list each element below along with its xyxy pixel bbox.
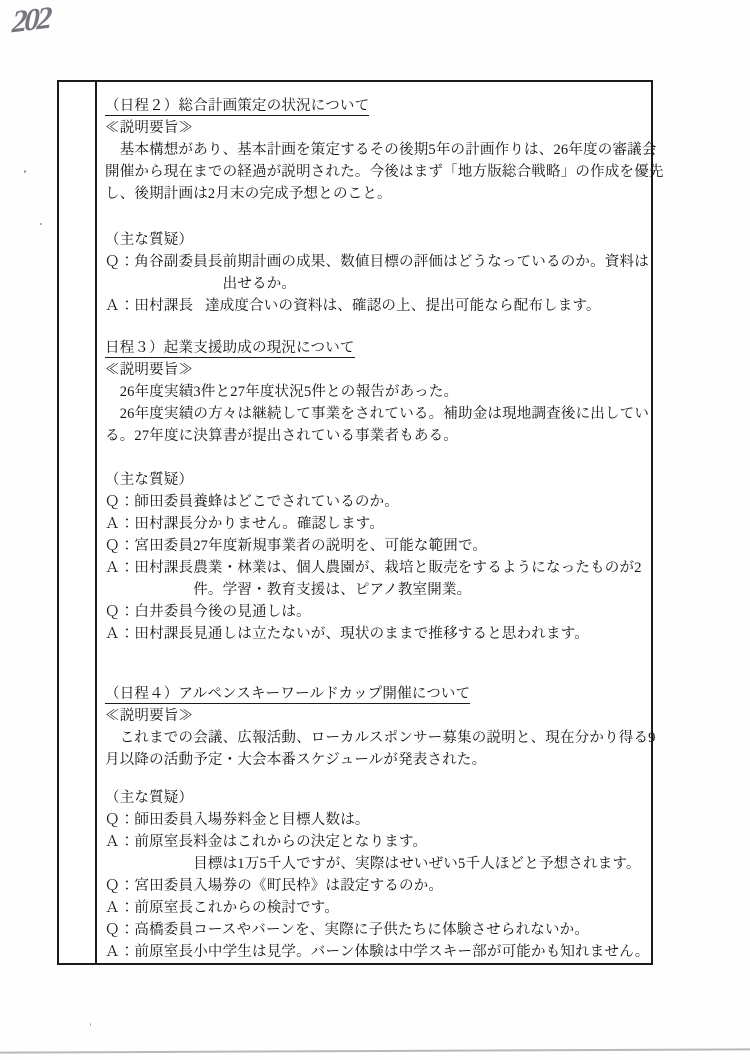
summary-text: 26年度実績3件と27年度状況5件との報告があった。 26年度実績の方々は継続し… (105, 381, 664, 447)
summary-label: ≪説明要旨≫ (105, 705, 664, 727)
qa-speaker: Ａ：前原室長 (105, 897, 193, 919)
qa-text: 小中学生は見学。バーン体験は中学スキー部が可能かも知れません。 (193, 941, 663, 963)
qa-row: Ａ：田村課長 分かりません。確認します。 (105, 513, 664, 535)
qa-speaker: Ｑ：白井委員 (105, 601, 193, 623)
qa-text: 農業・林業は、個人農園が、栽培と販売をするようになったものが2 件。学習・教育支… (193, 557, 663, 601)
qa-row: Ｑ：宮田委員 27年度新規事業者の説明を、可能な範囲で。 (105, 535, 664, 557)
qa-label: （主な質疑） (105, 229, 664, 251)
qa-row: Ａ：田村課長 農業・林業は、個人農園が、栽培と販売をするようになったものが2 件… (105, 557, 664, 601)
section-nittei-4: （日程４）アルペンスキーワールドカップ開催について ≪説明要旨≫ これまでの会議… (105, 683, 664, 963)
qa-speaker: Ｑ：宮田委員 (105, 875, 193, 897)
qa-row: Ｑ：角谷副委員長 前期計画の成果、数値目標の評価はどうなっているのか。資料は 出… (105, 251, 664, 295)
document-frame: （日程２）総合計画策定の状況について ≪説明要旨≫ 基本構想があり、基本計画を策… (57, 80, 653, 965)
qa-text: 入場券料金と目標人数は。 (193, 809, 663, 831)
qa-row: Ａ：田村課長 見通しは立たないが、現状のままで推移すると思われます。 (105, 623, 664, 645)
section-nittei-2: （日程２）総合計画策定の状況について ≪説明要旨≫ 基本構想があり、基本計画を策… (105, 95, 664, 317)
section-heading: （日程４）アルペンスキーワールドカップ開催について (105, 683, 664, 705)
scan-speck (90, 1023, 91, 1026)
qa-speaker: Ａ：前原室長 (105, 831, 193, 853)
qa-speaker: Ｑ：師田委員 (105, 809, 193, 831)
qa-row: Ａ：前原室長 料金はこれからの決定となります。 目標は1万5千人ですが、実際はせ… (105, 831, 664, 875)
qa-text: 分かりません。確認します。 (193, 513, 663, 535)
qa-speaker: Ａ：田村課長 (105, 295, 205, 317)
qa-text: 達成度合いの資料は、確認の上、提出可能なら配布します。 (205, 295, 664, 317)
section-heading: 日程３）起業支援助成の現況について (105, 337, 664, 359)
qa-text: 見通しは立たないが、現状のままで推移すると思われます。 (193, 623, 663, 645)
qa-row: Ｑ：宮田委員 入場券の《町民枠》は設定するのか。 (105, 875, 664, 897)
qa-speaker: Ａ：田村課長 (105, 557, 193, 579)
qa-label: （主な質疑） (105, 787, 664, 809)
summary-text: 基本構想があり、基本計画を策定するその後期5年の計画作りは、26年度の審議会 開… (105, 139, 664, 205)
scan-speck (40, 223, 42, 225)
qa-row: Ｑ：高橋委員 コースやバーンを、実際に子供たちに体験させられないか。 (105, 919, 664, 941)
handwritten-page-number: 202 (11, 0, 50, 41)
qa-row: Ｑ：師田委員 養蜂はどこでされているのか。 (105, 491, 664, 513)
scan-speck (24, 170, 26, 173)
qa-text: これからの検討です。 (193, 897, 663, 919)
document-content: （日程２）総合計画策定の状況について ≪説明要旨≫ 基本構想があり、基本計画を策… (97, 82, 670, 963)
summary-label: ≪説明要旨≫ (105, 359, 664, 381)
qa-row: Ａ：前原室長 小中学生は見学。バーン体験は中学スキー部が可能かも知れません。 (105, 941, 664, 963)
summary-label: ≪説明要旨≫ (105, 117, 664, 139)
frame-left-column (59, 82, 97, 963)
qa-speaker: Ａ：田村課長 (105, 513, 193, 535)
qa-row: Ｑ：白井委員 今後の見通しは。 (105, 601, 664, 623)
qa-text: 27年度新規事業者の説明を、可能な範囲で。 (193, 535, 663, 557)
section-nittei-3: 日程３）起業支援助成の現況について ≪説明要旨≫ 26年度実績3件と27年度状況… (105, 337, 664, 645)
qa-text: 今後の見通しは。 (193, 601, 663, 623)
qa-text: 養蜂はどこでされているのか。 (193, 491, 663, 513)
qa-row: Ｑ：師田委員 入場券料金と目標人数は。 (105, 809, 664, 831)
qa-speaker: Ｑ：角谷副委員長 (105, 251, 223, 273)
qa-text: 入場券の《町民枠》は設定するのか。 (193, 875, 663, 897)
qa-text: 料金はこれからの決定となります。 目標は1万5千人ですが、実際はせいぜい5千人ほ… (193, 831, 663, 875)
qa-speaker: Ａ：田村課長 (105, 623, 193, 645)
qa-speaker: Ｑ：宮田委員 (105, 535, 193, 557)
qa-text: 前期計画の成果、数値目標の評価はどうなっているのか。資料は 出せるか。 (223, 251, 664, 295)
qa-speaker: Ｑ：師田委員 (105, 491, 193, 513)
summary-text: これまでの会議、広報活動、ローカルスポンサー募集の説明と、現在分かり得る9 月以… (105, 727, 664, 771)
qa-text: コースやバーンを、実際に子供たちに体験させられないか。 (193, 919, 663, 941)
qa-speaker: Ｑ：高橋委員 (105, 919, 193, 941)
qa-label: （主な質疑） (105, 469, 664, 491)
scan-edge-line (0, 1048, 750, 1053)
qa-speaker: Ａ：前原室長 (105, 941, 193, 963)
qa-row: Ａ：前原室長 これからの検討です。 (105, 897, 664, 919)
section-heading: （日程２）総合計画策定の状況について (105, 95, 664, 117)
qa-row: Ａ：田村課長 達成度合いの資料は、確認の上、提出可能なら配布します。 (105, 295, 664, 317)
